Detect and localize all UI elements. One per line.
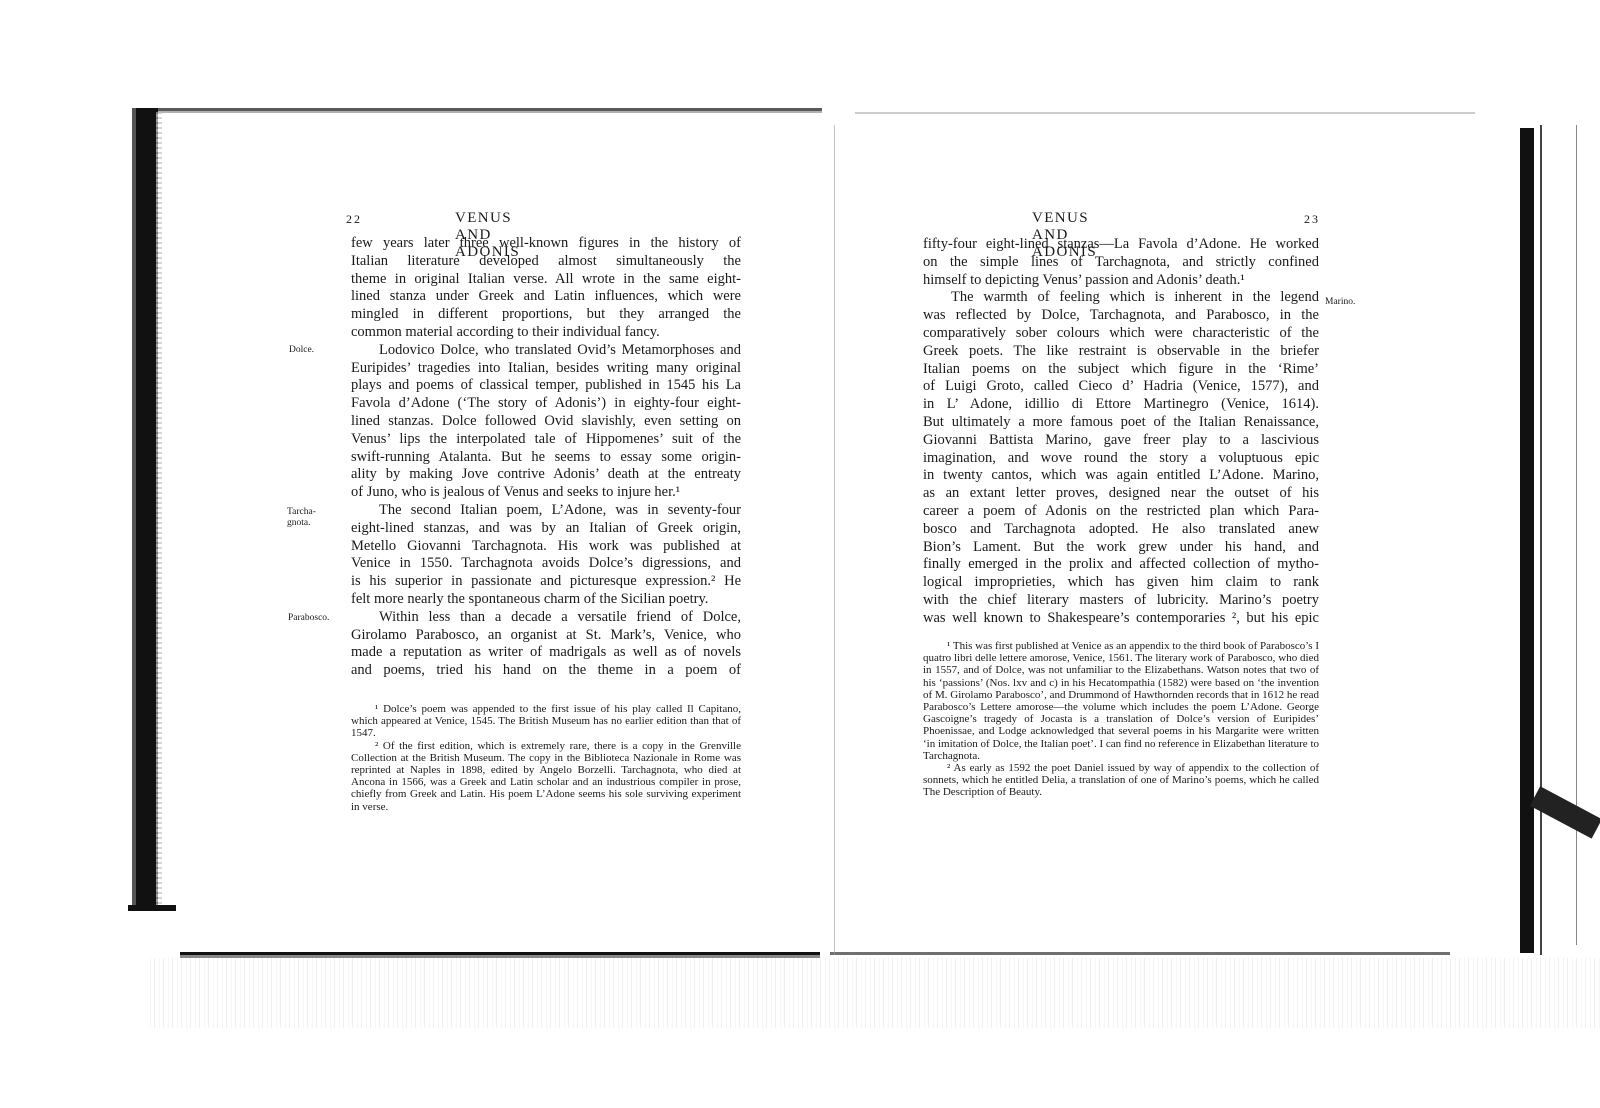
text-line: The warmth of feeling which is inherent … — [923, 289, 1319, 307]
footnote-1: ¹ This was first published at Venice as … — [923, 640, 1319, 762]
text-line: Euripides’ tragedies into Italian, besid… — [351, 360, 741, 378]
text-line: swift-running Atalanta. But he seems to … — [351, 449, 741, 467]
side-note-tarchagnota-1: Tarcha- — [287, 507, 316, 518]
text-line: felt more nearly the spontaneous charm o… — [351, 591, 741, 609]
book-top-edge-left — [132, 108, 822, 116]
text-line: Giovanni Battista Marino, gave freer pla… — [923, 432, 1319, 450]
text-line: is his superior in passionate and pictur… — [351, 573, 741, 591]
text-line: as an extant letter proves, designed nea… — [923, 485, 1319, 503]
book-corner-left — [128, 905, 176, 911]
text-line: lined stanza under Greek and Latin influ… — [351, 288, 741, 306]
side-note-dolce: Dolce. — [289, 345, 314, 356]
book-cover-edge-left — [132, 108, 158, 908]
text-line: imagination, and wove round the story a … — [923, 450, 1319, 468]
text-line: few years later three well-known figures… — [351, 235, 741, 253]
footnote-2: ² Of the first edition, which is extreme… — [351, 740, 741, 813]
text-line: Bion’s Lament. But the work grew under h… — [923, 539, 1319, 557]
book-gutter — [834, 125, 835, 955]
text-line: Greek poets. The like restraint is obser… — [923, 343, 1319, 361]
text-line: was reflected by Dolce, Tarchagnota, and… — [923, 307, 1319, 325]
text-line: comparatively sober colours which were c… — [923, 325, 1319, 343]
text-line: The second Italian poem, L’Adone, was in… — [351, 502, 741, 520]
text-line: Lodovico Dolce, who translated Ovid’s Me… — [351, 342, 741, 360]
text-line: Within less than a decade a versatile fr… — [351, 609, 741, 627]
text-line: eight-lined stanzas, and was by an Itali… — [351, 520, 741, 538]
book-bottom-edge-left — [180, 952, 820, 958]
scan-background-noise — [150, 958, 1600, 1028]
text-line: Girolamo Parabosco, an organist at St. M… — [351, 627, 741, 645]
body-text-right: fifty-four eight-lined stanzas—La Favola… — [923, 236, 1319, 628]
side-note-parabosco: Parabosco. — [288, 613, 329, 624]
footnotes-left: ¹ Dolce’s poem was appended to the first… — [351, 703, 741, 813]
text-line: common material according to their indiv… — [351, 324, 741, 342]
text-line: with the chief literary masters of lubri… — [923, 592, 1319, 610]
text-line: bosco and Tarchagnota adopted. He also t… — [923, 521, 1319, 539]
text-line: was well known to Shakespeare’s contempo… — [923, 610, 1319, 628]
text-line: theme in original Italian verse. All wro… — [351, 271, 741, 289]
text-line: logical improprieties, which has given h… — [923, 574, 1319, 592]
side-note-tarchagnota-2: gnota. — [287, 518, 310, 529]
text-line: Italian literature developed almost simu… — [351, 253, 741, 271]
text-line: mingled in different proportions, but th… — [351, 306, 741, 324]
text-line: and poems, tried his hand on the theme i… — [351, 662, 741, 680]
book-bottom-edge-right — [830, 952, 1450, 955]
text-line: of Juno, who is jealous of Venus and see… — [351, 484, 741, 502]
text-line: Metello Giovanni Tarchagnota. His work w… — [351, 538, 741, 556]
footnotes-right: ¹ This was first published at Venice as … — [923, 640, 1319, 799]
text-line: Italian poems on the subject which figur… — [923, 361, 1319, 379]
text-line: finally emerged in the prolix and affect… — [923, 556, 1319, 574]
book-top-edge-right — [855, 112, 1475, 118]
text-line: in L’ Adone, idillio di Ettore Martinegr… — [923, 396, 1319, 414]
book-cover-edge-right — [1520, 128, 1534, 953]
text-line: ality by making Jove contrive Adonis’ de… — [351, 466, 741, 484]
book-page-edges-left — [156, 112, 162, 907]
text-line: on the simple lines of Tarchagnota, and … — [923, 254, 1319, 272]
page-number-left: 22 — [346, 212, 362, 227]
text-line: Venice in 1550. Tarchagnota avoids Dolce… — [351, 555, 741, 573]
text-line: career a poem of Adonis on the restricte… — [923, 503, 1319, 521]
text-line: Favola d’Adone (‘The story of Adonis’) i… — [351, 395, 741, 413]
side-note-marino: Marino. — [1325, 297, 1355, 308]
text-line: in twenty cantos, which was again entitl… — [923, 467, 1319, 485]
text-line: of Luigi Groto, called Cieco d’ Hadria (… — [923, 378, 1319, 396]
text-line: But ultimately a more famous poet of the… — [923, 414, 1319, 432]
text-line: himself to depicting Venus’ passion and … — [923, 272, 1319, 290]
text-line: lined stanzas. Dolce followed Ovid slavi… — [351, 413, 741, 431]
text-line: plays and poems of classical temper, pub… — [351, 377, 741, 395]
text-line: fifty-four eight-lined stanzas—La Favola… — [923, 236, 1319, 254]
footnote-2: ² As early as 1592 the poet Daniel issue… — [923, 762, 1319, 799]
text-line: Venus’ lips the interpolated tale of Hip… — [351, 431, 741, 449]
page-number-right: 23 — [1304, 212, 1320, 227]
body-text-left: few years later three well-known figures… — [351, 235, 741, 680]
footnote-1: ¹ Dolce’s poem was appended to the first… — [351, 703, 741, 740]
book-page-edges-right — [1540, 125, 1542, 955]
text-line: made a reputation as writer of madrigals… — [351, 644, 741, 662]
